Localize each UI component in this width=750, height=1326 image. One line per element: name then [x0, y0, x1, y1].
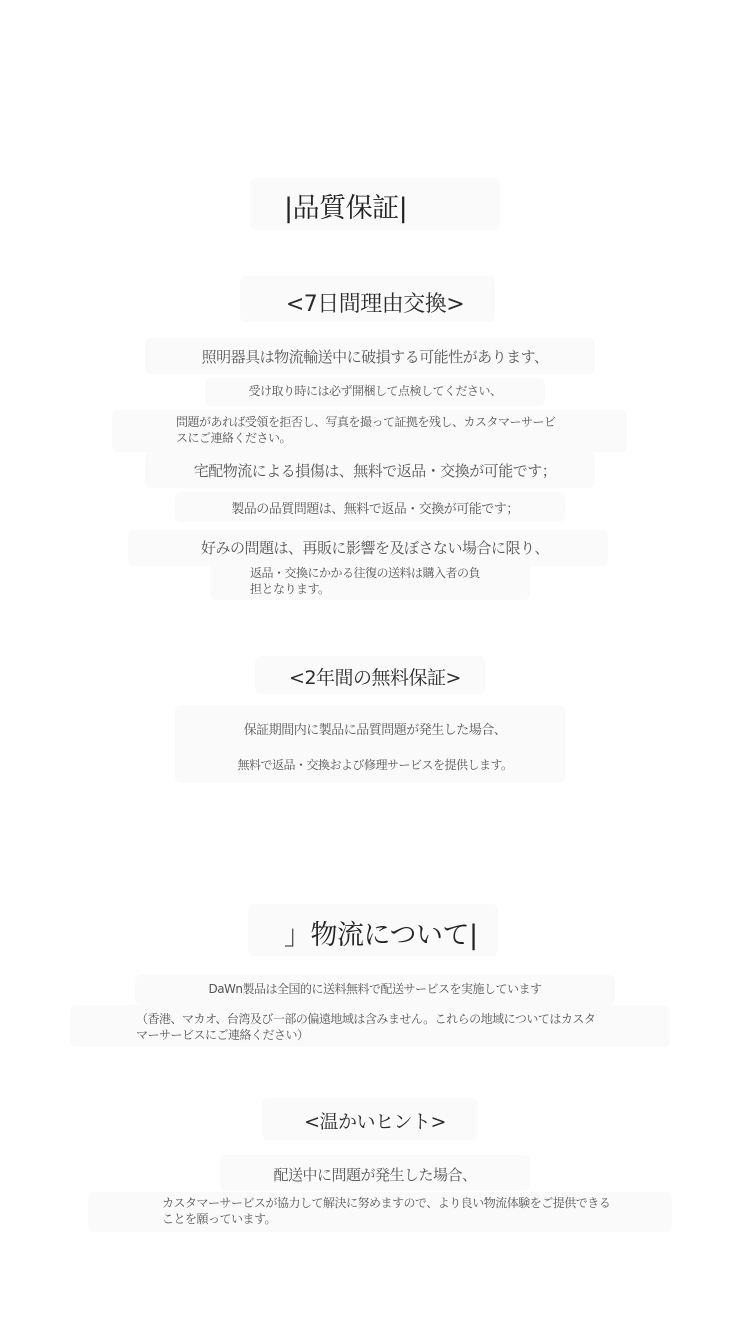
exchange-line-7: 返品・交換にかかる往復の送料は購入者の負担となります。 [250, 565, 485, 597]
logistics-line-1: DaWn製品は全国的に送料無料で配送サービスを実施しています [0, 981, 750, 997]
exchange-7day-heading: <7日間理由交換> [0, 287, 750, 318]
exchange-line-3: 問題があれば受領を拒否し、写真を撮って証拠を残し、カスタマーサービスにご連絡くだ… [176, 414, 556, 446]
hint-line-1: 配送中に問題が発生した場合、 [0, 1164, 750, 1185]
exchange-line-6: 好みの問題は、再販に影響を及ぼさない場合に限り、 [0, 537, 750, 558]
exchange-line-4: 宅配物流による損傷は、無料で返品・交換が可能です； [0, 460, 750, 481]
warranty-line-1: 保証期間内に製品に品質問題が発生した場合、 [0, 719, 750, 738]
exchange-line-1: 照明器具は物流輸送中に破損する可能性があります、 [0, 346, 750, 367]
quality-section-title: |品質保証| [284, 186, 407, 225]
logistics-section-title: 」物流について| [284, 913, 478, 952]
warranty-2year-heading: <2年間の無料保証> [0, 663, 750, 690]
warranty-line-2: 無料で返品・交換および修理サービスを提供します。 [0, 757, 750, 773]
hint-line-2: カスタマーサービスが協力して解決に努めますので、より良い物流体験をご提供できるこ… [162, 1195, 612, 1227]
warm-hint-heading: <温かいヒント> [0, 1107, 750, 1134]
exchange-line-2: 受け取り時には必ず開梱して点検してください、 [0, 383, 750, 399]
logistics-line-2: （香港、マカオ、台湾及び一部の偏遠地域は含みません。これらの地域についてはカスタ… [136, 1011, 606, 1043]
exchange-line-5: 製品の品質問題は、無料で返品・交換が可能です； [0, 498, 750, 517]
